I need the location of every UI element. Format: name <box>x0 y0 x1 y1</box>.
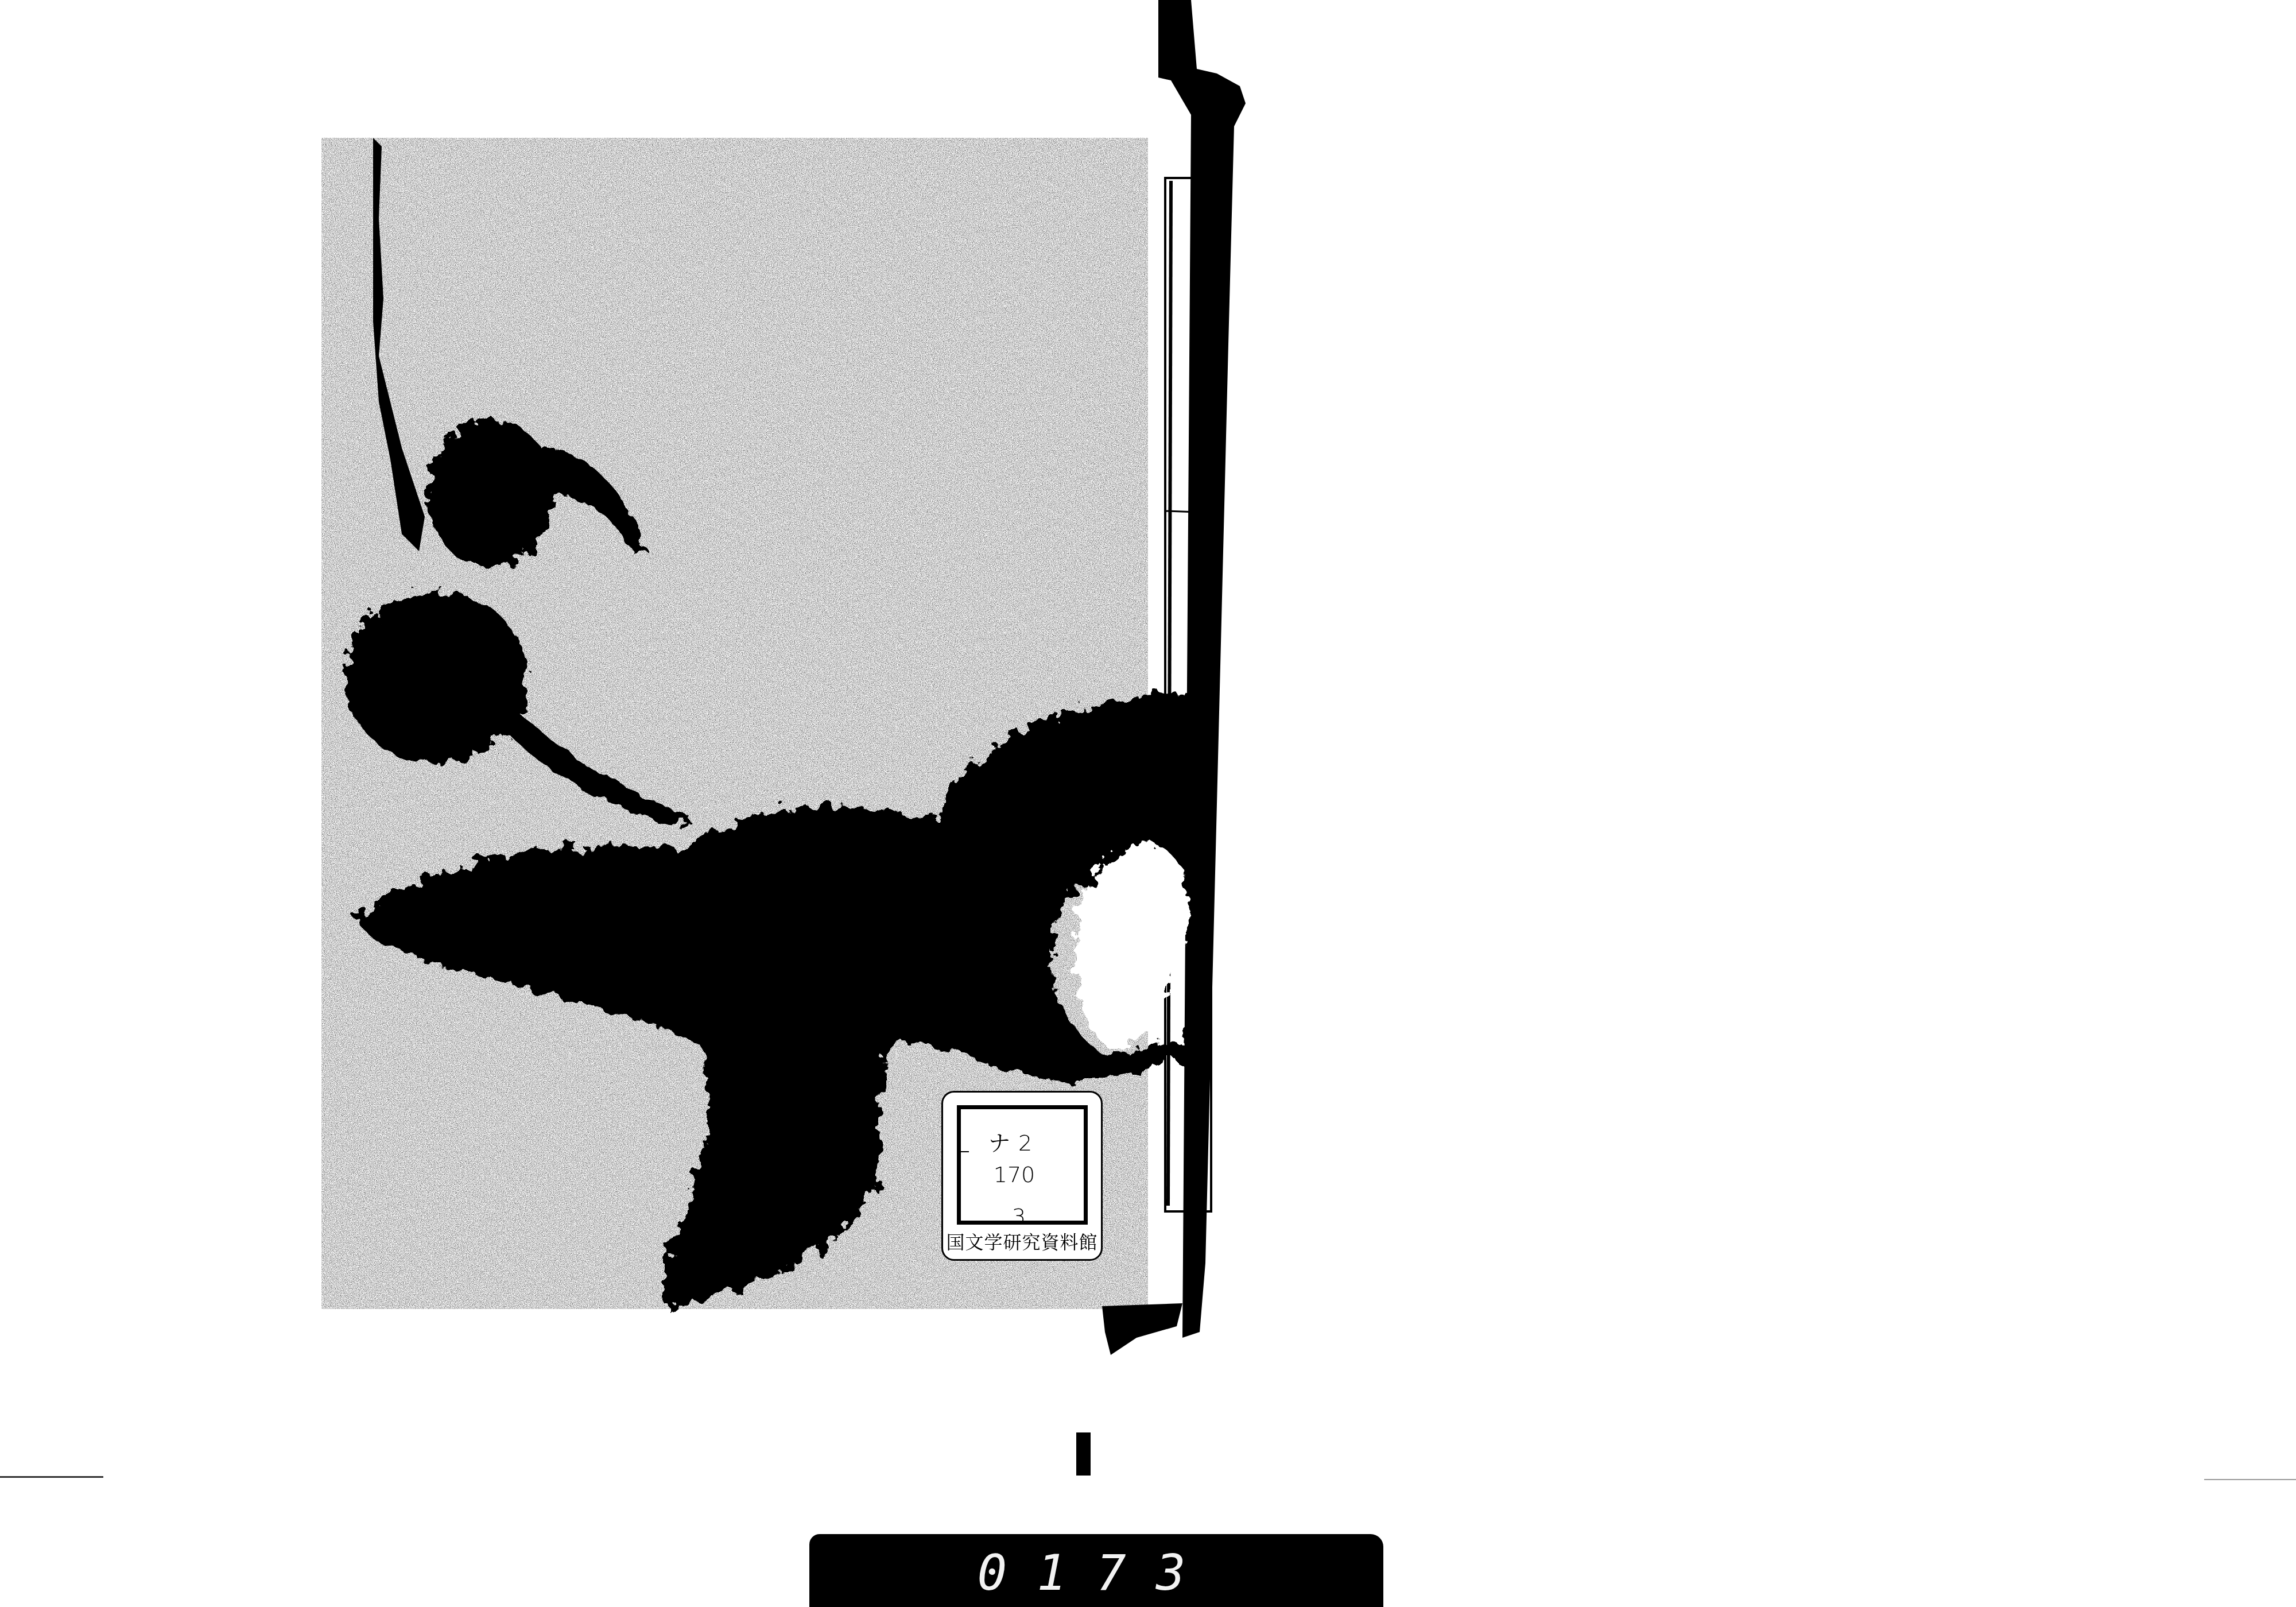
collection-label: ナ2 170 3 国文学研究資料館 <box>941 1091 1103 1261</box>
frame-counter-bar: 0173 <box>809 1534 1383 1607</box>
call-number-line-2: 170 <box>953 1162 1076 1187</box>
institution-name: 国文学研究資料館 <box>943 1228 1101 1254</box>
call-number-box: ナ2 170 3 <box>957 1105 1088 1225</box>
film-edge-rule-left <box>0 1476 103 1478</box>
book-cover-scan <box>0 0 2296 1607</box>
film-edge-rule-right <box>2204 1479 2296 1480</box>
call-number-line-3: 3 <box>957 1204 1080 1229</box>
frame-number: 0173 <box>809 1544 1383 1602</box>
call-number-line-1: ナ2 <box>953 1125 1076 1157</box>
